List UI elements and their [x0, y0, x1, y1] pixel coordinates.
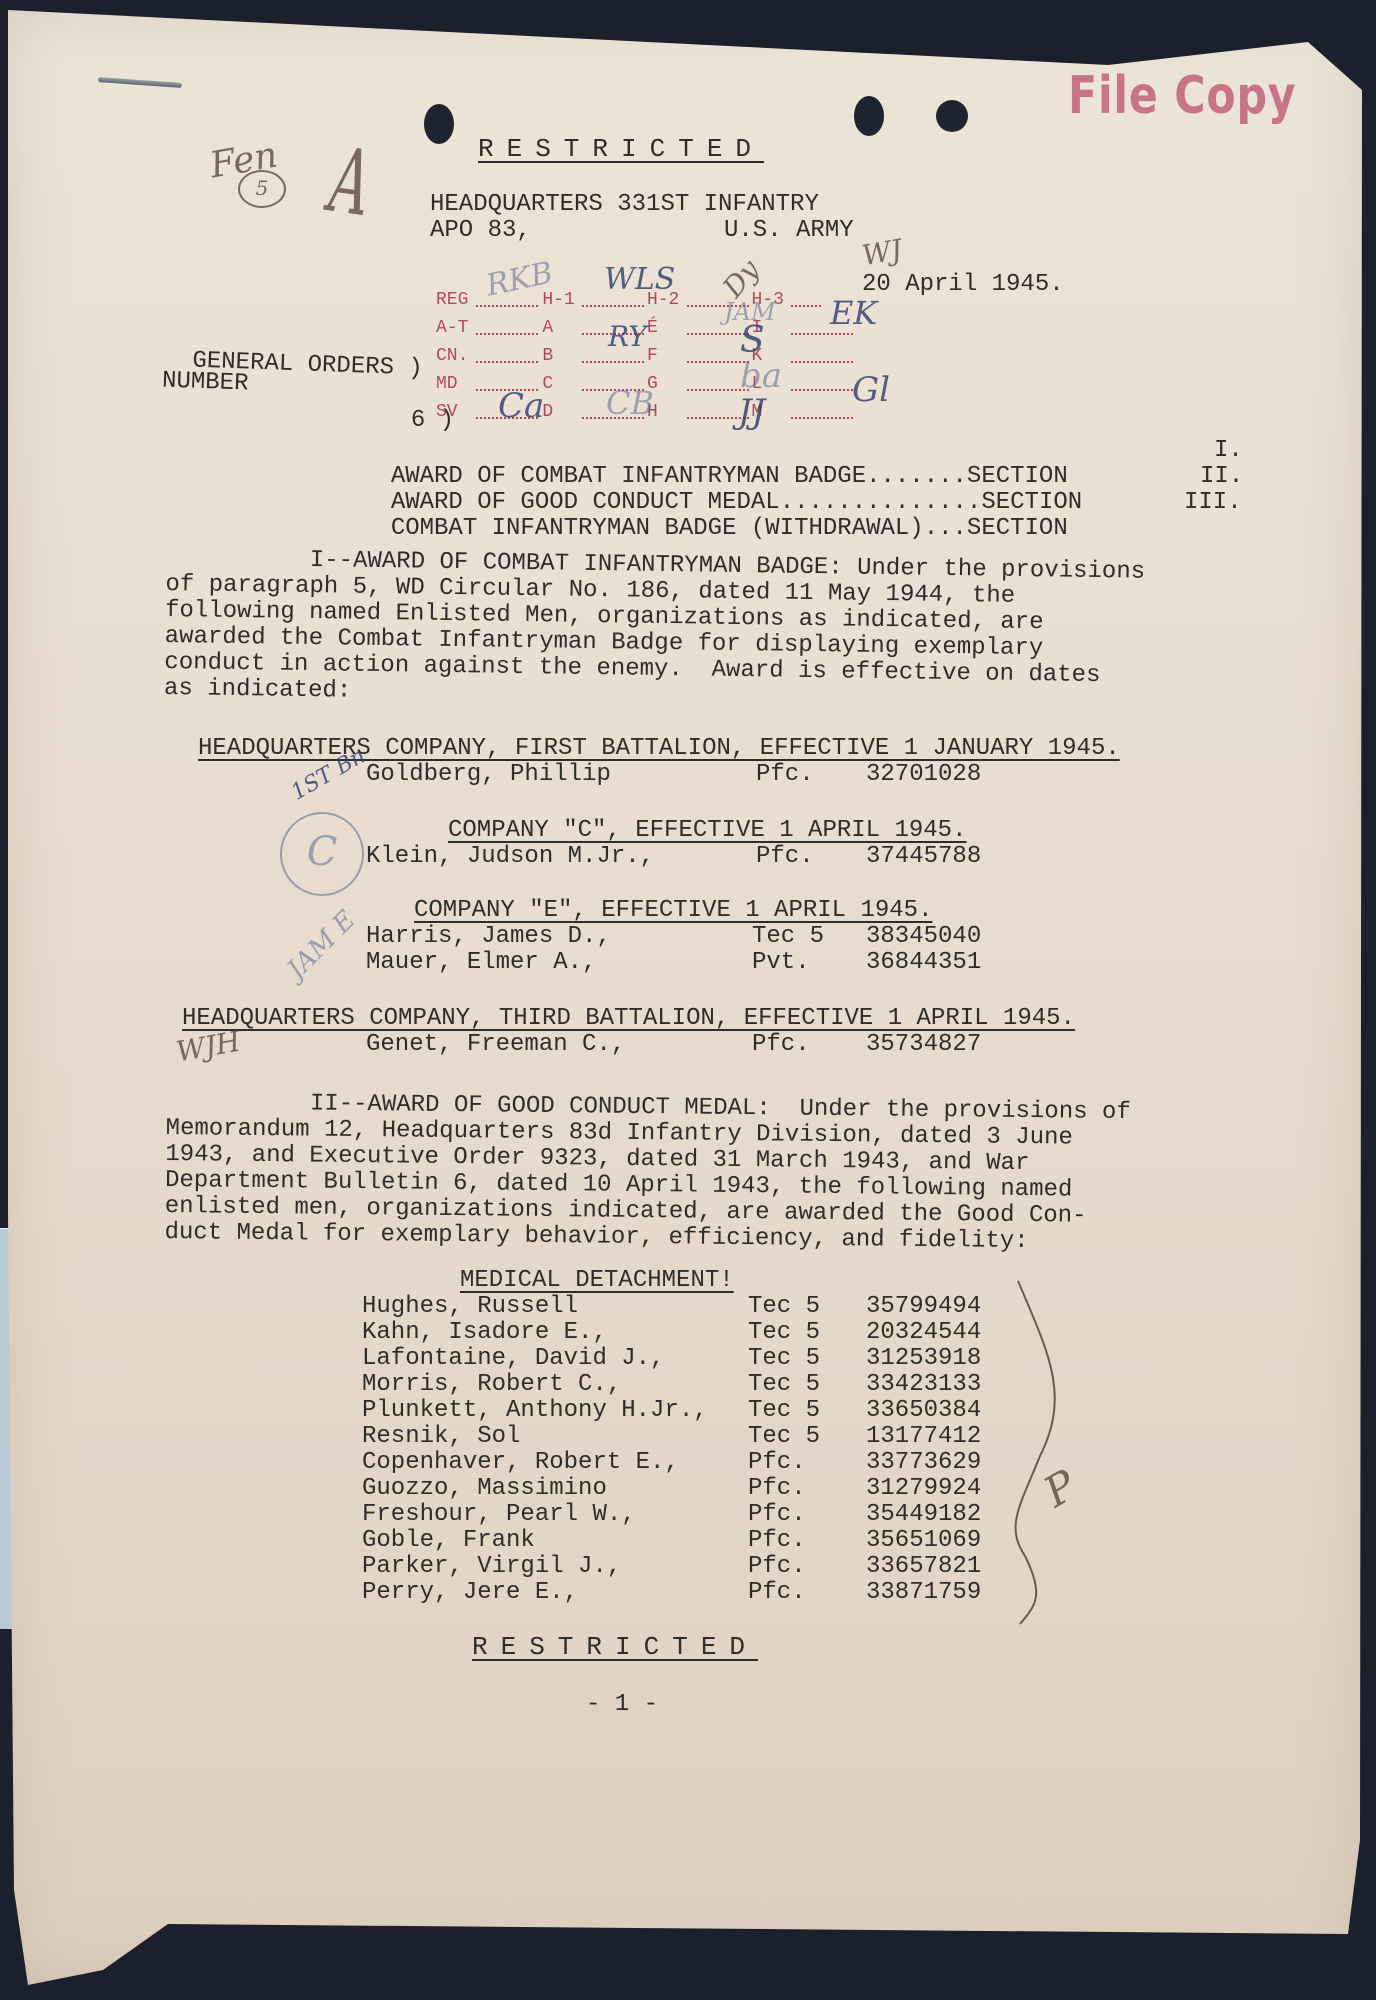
member-rank: Pfc.	[748, 1528, 866, 1554]
section-1-paragraph: I--AWARD OF COMBAT INFANTRYMAN BADGE: Un…	[164, 546, 1145, 716]
routing-label: D	[542, 402, 582, 422]
member-serial: 33650384	[866, 1398, 981, 1424]
routing-line	[582, 360, 644, 363]
routing-line	[791, 388, 853, 391]
handwritten-circled-c: C	[280, 812, 364, 896]
circled-c-text: C	[307, 829, 338, 875]
toc-section-number: I.	[1214, 438, 1243, 464]
toc-section-label: SECTION	[967, 515, 1068, 542]
member-name: Kahn, Isadore E.,	[362, 1320, 748, 1346]
number-label: NUMBER	[162, 368, 249, 397]
member-rank: Pvt.	[752, 950, 866, 976]
member-rank: Pfc.	[756, 762, 866, 788]
routing-line	[582, 304, 644, 307]
order-number-value: 6	[411, 407, 425, 434]
member-serial: 33773629	[866, 1450, 981, 1476]
table-row: Goldberg, Phillip Pfc. 32701028	[366, 762, 1006, 788]
routing-line	[791, 360, 853, 363]
member-rank: Tec 5	[748, 1320, 866, 1346]
member-name: Harris, James D.,	[366, 924, 752, 950]
member-rank: Pfc.	[756, 844, 866, 870]
member-serial: 31279924	[866, 1476, 981, 1502]
routing-label: C	[542, 374, 582, 394]
table-row: Guozzo, Massimino Pfc. 31279924	[362, 1476, 981, 1502]
group-heading: MEDICAL DETACHMENT!	[460, 1268, 734, 1294]
routing-line	[791, 304, 821, 307]
table-row: Harris, James D., Tec 5 38345040	[366, 924, 1006, 950]
member-name: Parker, Virgil J.,	[362, 1554, 748, 1580]
punch-hole-icon	[854, 96, 884, 136]
file-copy-stamp: File Copy	[1068, 66, 1296, 126]
handwritten-circled-number: 5	[238, 170, 286, 208]
table-row: Goble, Frank Pfc. 35651069	[362, 1528, 981, 1554]
member-name: Plunkett, Anthony H.Jr.,	[362, 1398, 748, 1424]
member-serial: 35651069	[866, 1528, 981, 1554]
member-serial: 35799494	[866, 1294, 981, 1320]
routing-label: MD	[436, 374, 476, 394]
handwritten-initials: CB	[606, 384, 654, 422]
member-serial: 36844351	[866, 950, 1006, 976]
member-rank: Tec 5	[748, 1294, 866, 1320]
handwritten-initials: WJ	[859, 233, 904, 272]
group-heading: COMPANY "E", EFFECTIVE 1 APRIL 1945.	[414, 898, 932, 924]
section-2-paragraph: II--AWARD OF GOOD CONDUCT MEDAL: Under t…	[164, 1090, 1131, 1256]
toc-item: COMBAT INFANTRYMAN BADGE (WITHDRAWAL)...…	[362, 490, 1068, 542]
member-serial: 35449182	[866, 1502, 981, 1528]
order-date: 20 April 1945.	[862, 272, 1064, 298]
table-row: Genet, Freeman C., Pfc. 35734827	[366, 1032, 1006, 1058]
table-row: Mauer, Elmer A., Pvt. 36844351	[366, 950, 1006, 976]
classification-bottom: RESTRICTED	[472, 1634, 758, 1660]
member-serial: 20324544	[866, 1320, 981, 1346]
member-serial: 13177412	[866, 1424, 981, 1450]
routing-line	[791, 332, 853, 335]
table-row: Resnik, Sol Tec 5 13177412	[362, 1424, 981, 1450]
member-rank: Pfc.	[748, 1580, 866, 1606]
member-name: Klein, Judson M.Jr.,	[366, 844, 756, 870]
table-row: Freshour, Pearl W., Pfc. 35449182	[362, 1502, 981, 1528]
punch-hole-icon	[424, 104, 454, 144]
handwritten-initials: RY	[608, 320, 647, 353]
handwritten-initials: ba	[740, 356, 782, 396]
handwritten-initials: Ca	[498, 386, 544, 426]
routing-label: B	[542, 346, 582, 366]
member-rank: Pfc.	[748, 1476, 866, 1502]
handwritten-initials: JJ	[738, 392, 765, 432]
punch-hole-icon	[936, 100, 968, 132]
member-rank: Pfc.	[748, 1502, 866, 1528]
routing-label: SV	[436, 402, 476, 422]
member-rank: Pfc.	[752, 1032, 866, 1058]
member-name: Copenhaver, Robert E.,	[362, 1450, 748, 1476]
member-serial: 33657821	[866, 1554, 981, 1580]
member-name: Perry, Jere E.,	[362, 1580, 748, 1606]
member-rank: Pfc.	[748, 1554, 866, 1580]
routing-line	[791, 416, 853, 419]
table-row: Kahn, Isadore E., Tec 5 20324544	[362, 1320, 981, 1346]
table-row: Klein, Judson M.Jr., Pfc. 37445788	[366, 844, 1006, 870]
table-row: Copenhaver, Robert E., Pfc. 33773629	[362, 1450, 981, 1476]
group-heading: HEADQUARTERS COMPANY, THIRD BATTALION, E…	[182, 1006, 1075, 1032]
member-name: Morris, Robert C.,	[362, 1372, 748, 1398]
routing-label: CN.	[436, 346, 476, 366]
routing-line	[476, 304, 538, 307]
member-name: Resnik, Sol	[362, 1424, 748, 1450]
toc-section-number: II.	[1200, 464, 1243, 490]
table-row: Perry, Jere E., Pfc. 33871759	[362, 1580, 981, 1606]
page-number: - 1 -	[586, 1692, 658, 1718]
routing-line	[476, 360, 538, 363]
toc-title: COMBAT INFANTRYMAN BADGE (WITHDRAWAL)	[391, 515, 924, 542]
toc-section-number: III.	[1184, 490, 1242, 516]
handwritten-brace-icon	[1010, 1276, 1060, 1626]
member-serial: 35734827	[866, 1032, 1006, 1058]
unit-name: HEADQUARTERS 331ST INFANTRY	[430, 192, 819, 218]
table-row: Morris, Robert C., Tec 5 33423133	[362, 1372, 981, 1398]
apo-number: APO 83,	[430, 218, 531, 244]
member-name: Hughes, Russell	[362, 1294, 748, 1320]
member-serial: 37445788	[866, 844, 1006, 870]
member-serial: 31253918	[866, 1346, 981, 1372]
table-row: Parker, Virgil J., Pfc. 33657821	[362, 1554, 981, 1580]
group-heading: COMPANY "C", EFFECTIVE 1 APRIL 1945.	[448, 818, 966, 844]
handwritten-initials: WLS	[604, 262, 675, 297]
handwritten-initials: EK	[830, 294, 877, 332]
routing-label: F	[647, 346, 687, 366]
toc-leader: ...	[924, 515, 967, 542]
army-label: U.S. ARMY	[724, 218, 854, 244]
member-serial: 33423133	[866, 1372, 981, 1398]
member-serial: 38345040	[866, 924, 1006, 950]
routing-label: REG	[436, 290, 476, 310]
member-name: Freshour, Pearl W.,	[362, 1502, 748, 1528]
table-row: Plunkett, Anthony H.Jr., Tec 5 33650384	[362, 1398, 981, 1424]
table-row: Hughes, Russell Tec 5 35799494	[362, 1294, 981, 1320]
medical-detachment-list: Hughes, Russell Tec 5 35799494 Kahn, Isa…	[362, 1294, 981, 1606]
circled-number-text: 5	[256, 176, 269, 200]
member-rank: Tec 5	[752, 924, 866, 950]
member-rank: Tec 5	[748, 1346, 866, 1372]
member-name: Mauer, Elmer A.,	[366, 950, 752, 976]
handwritten-initials: S	[740, 320, 765, 361]
member-rank: Tec 5	[748, 1398, 866, 1424]
member-serial: 33871759	[866, 1580, 981, 1606]
routing-label: A	[542, 318, 582, 338]
member-name: Guozzo, Massimino	[362, 1476, 748, 1502]
routing-label: A-T	[436, 318, 476, 338]
routing-label: É	[647, 318, 687, 338]
handwritten-initials: Gl	[852, 370, 890, 410]
member-rank: Pfc.	[748, 1450, 866, 1476]
table-row: Lafontaine, David J., Tec 5 31253918	[362, 1346, 981, 1372]
member-name: Goble, Frank	[362, 1528, 748, 1554]
routing-line	[476, 332, 538, 335]
member-name: Lafontaine, David J.,	[362, 1346, 748, 1372]
member-name: Goldberg, Phillip	[366, 762, 756, 788]
routing-label: H-1	[542, 290, 582, 310]
member-serial: 32701028	[866, 762, 1006, 788]
member-rank: Tec 5	[748, 1424, 866, 1450]
member-name: Genet, Freeman C.,	[366, 1032, 752, 1058]
classification-top: RESTRICTED	[478, 136, 764, 162]
member-rank: Tec 5	[748, 1372, 866, 1398]
